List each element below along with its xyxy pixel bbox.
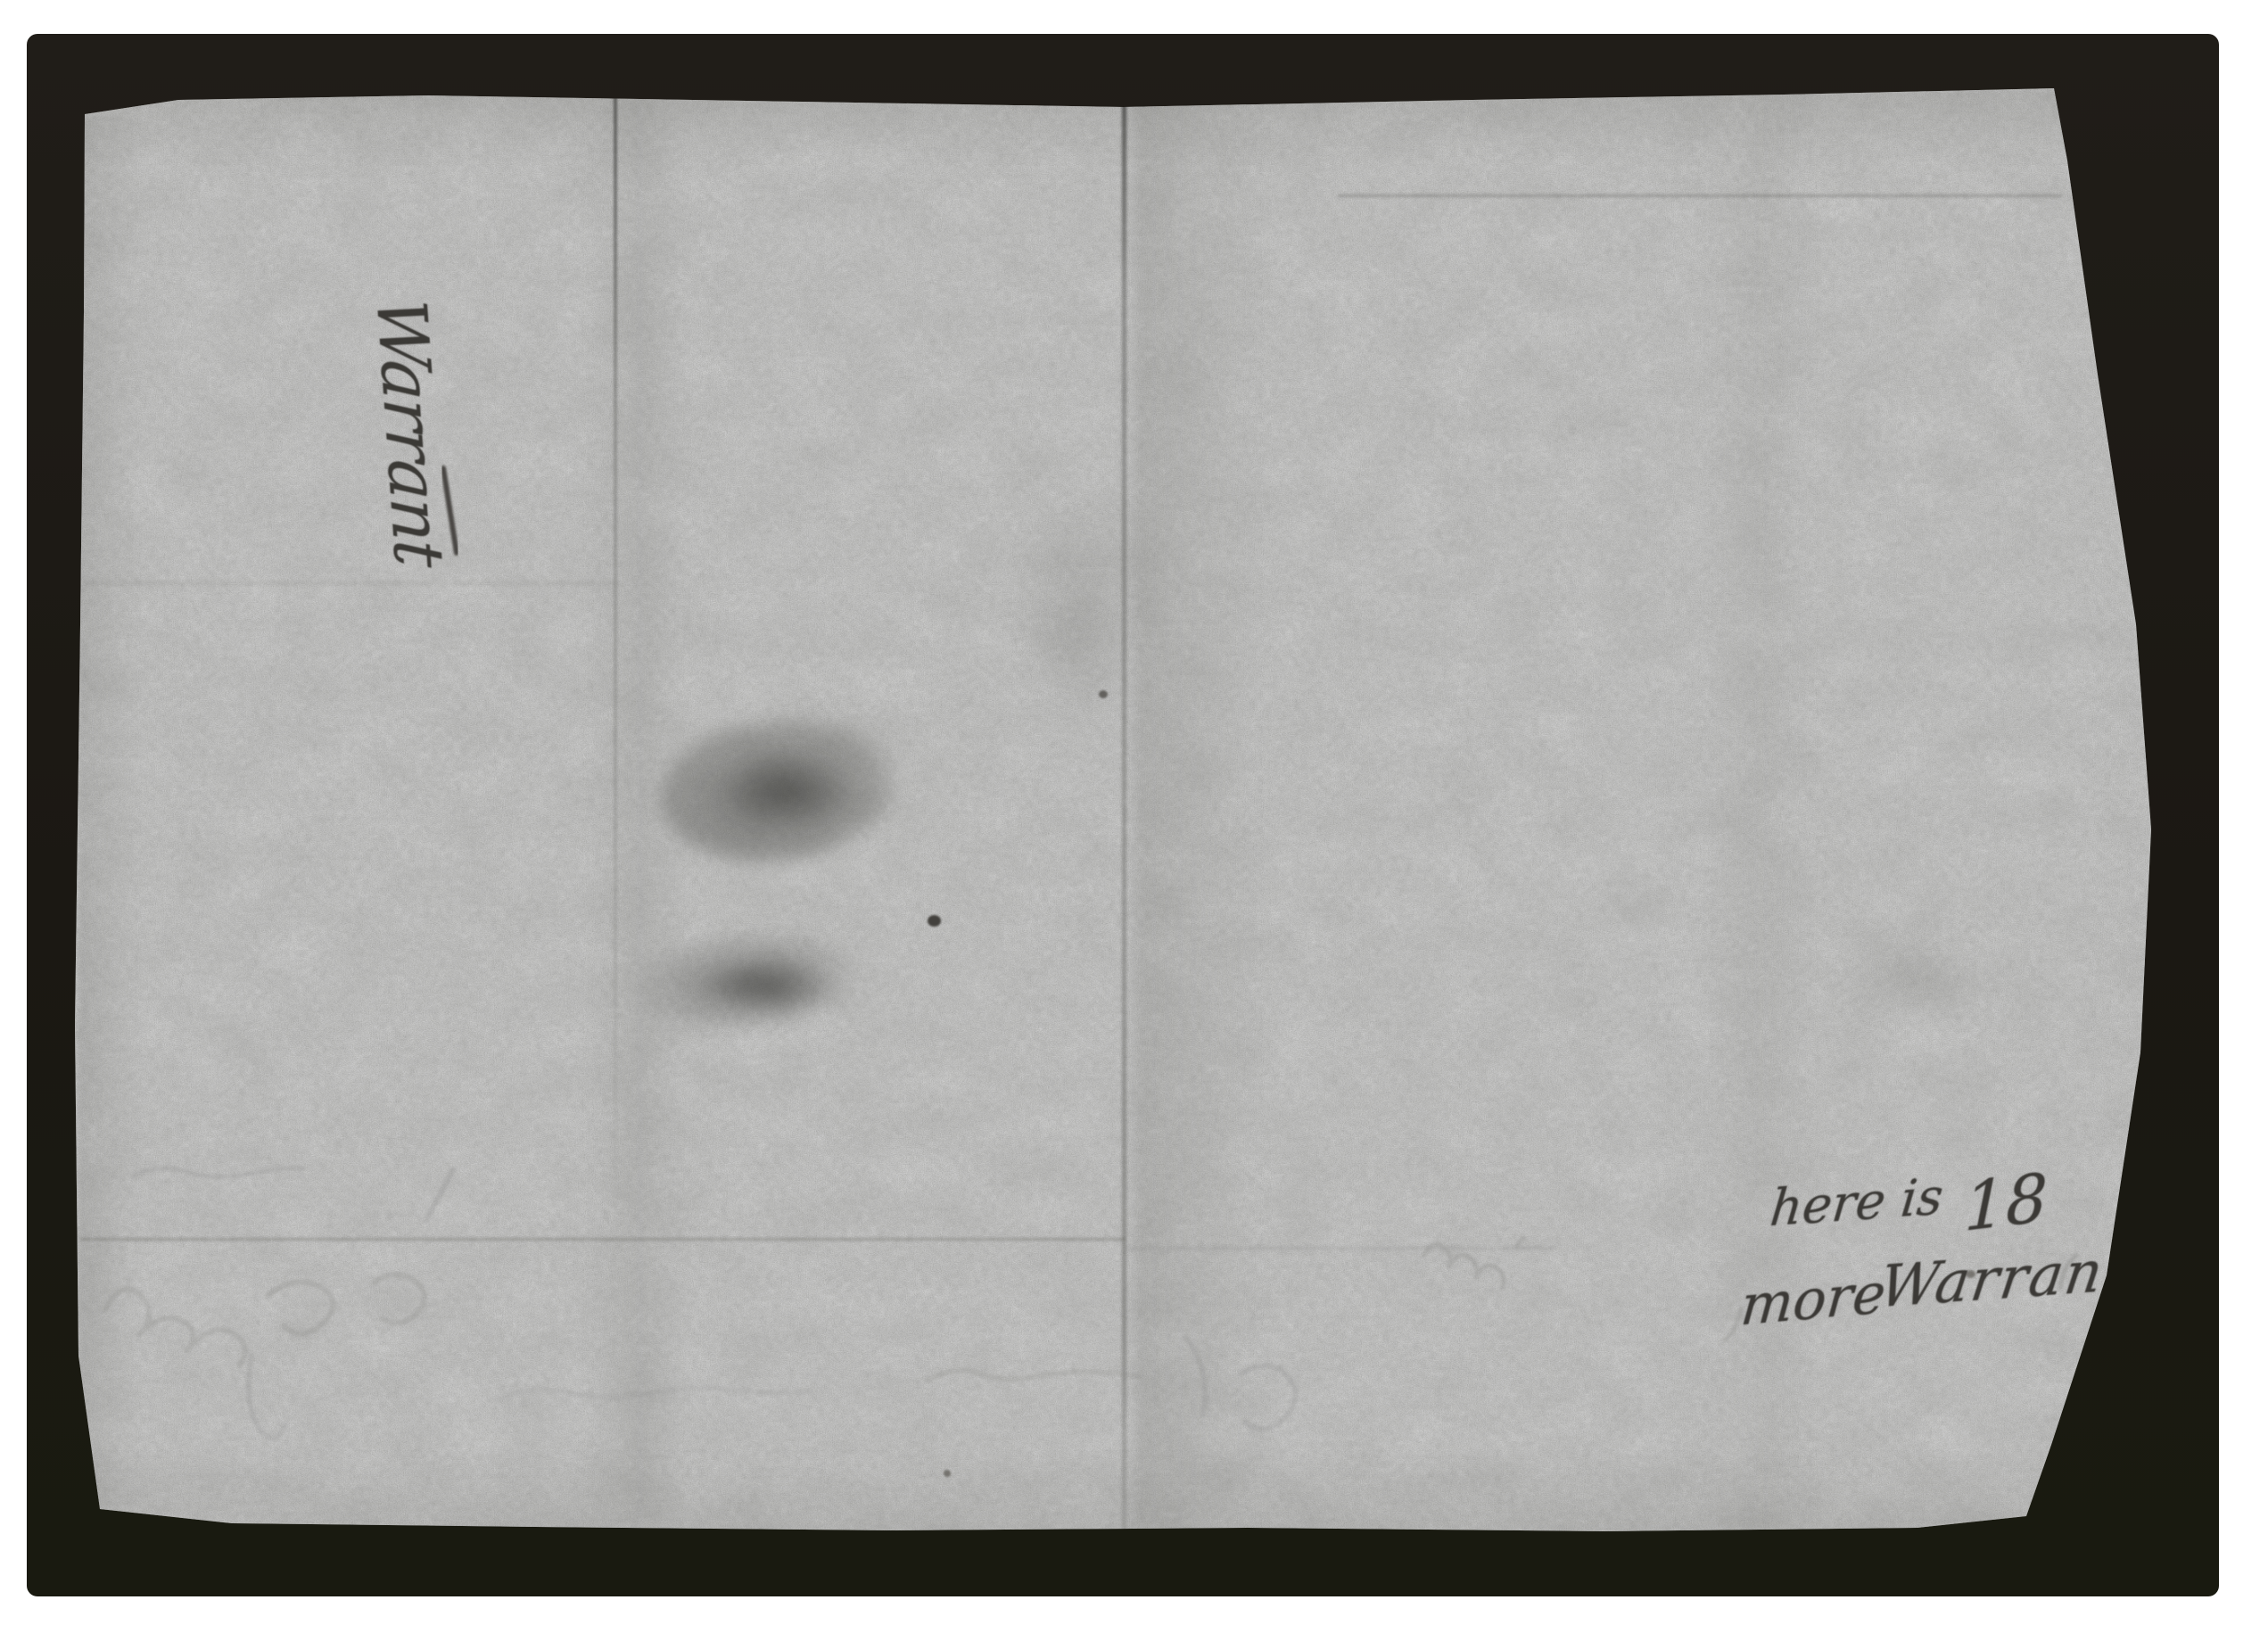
scan-vignette xyxy=(0,0,2268,1633)
paper-sheet: Warrant here is 18 more Warran xyxy=(0,0,2268,1633)
scanned-document-image: Warrant here is 18 more Warran xyxy=(0,0,2268,1633)
